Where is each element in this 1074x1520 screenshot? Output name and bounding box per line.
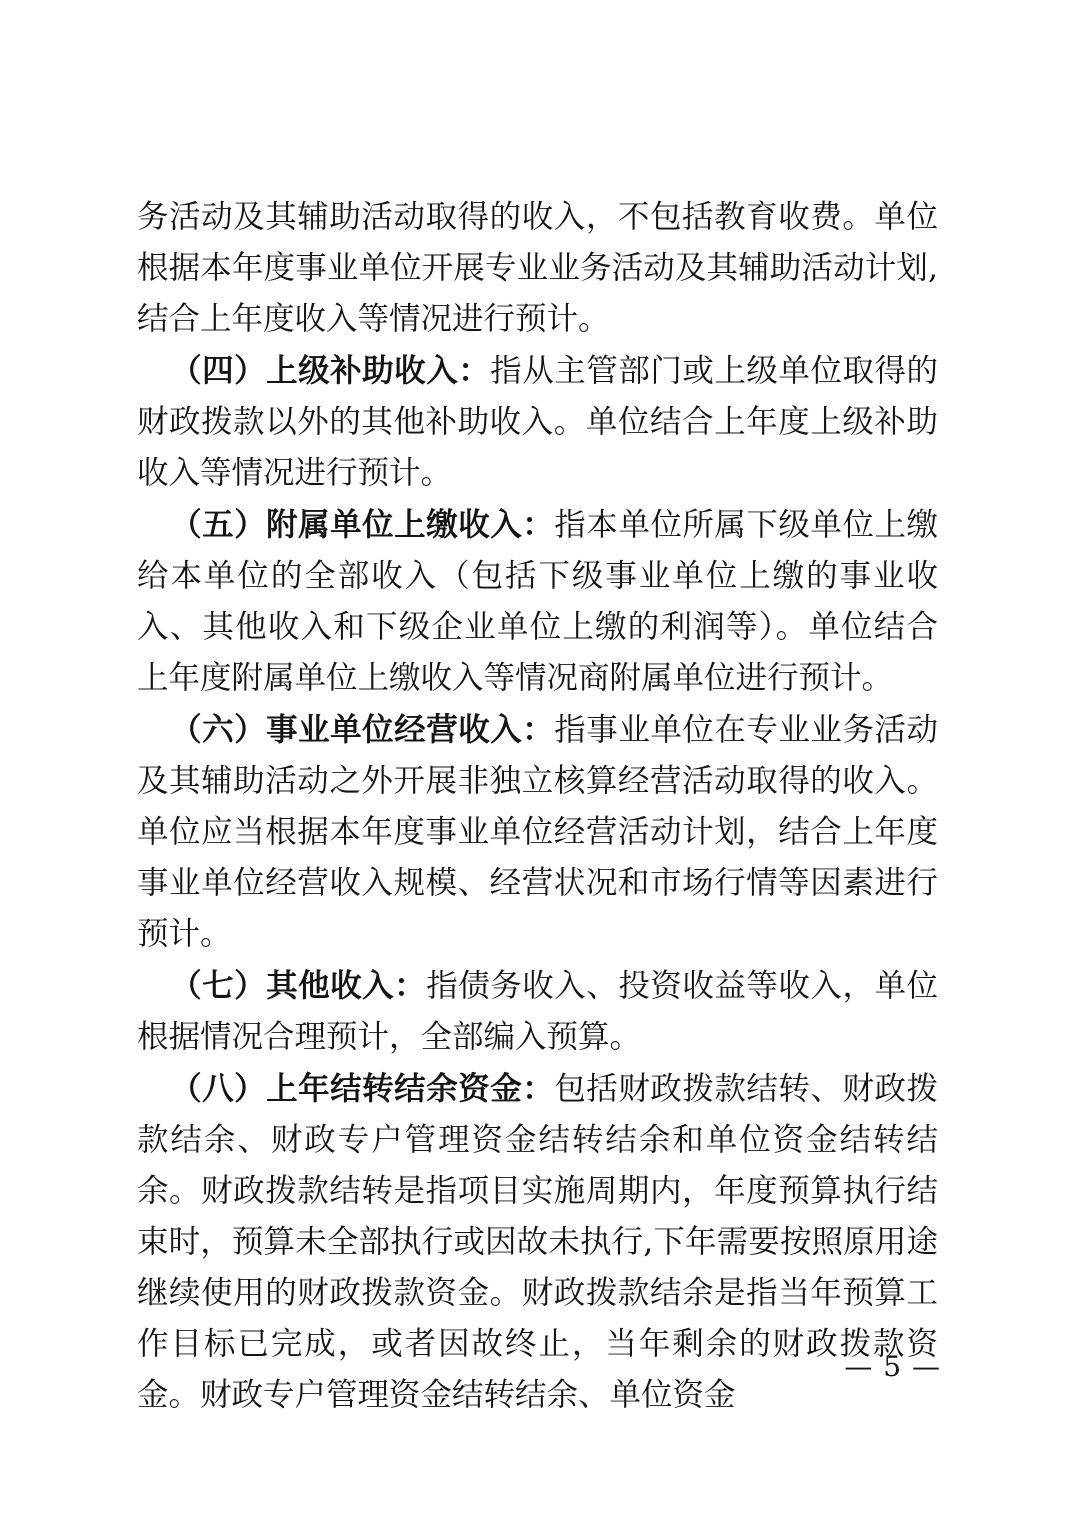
paragraph-body: 包括财政拨款结转、财政拨款结余、财政专户管理资金结转结余和单位资金结转结余。财政… bbox=[137, 1071, 938, 1413]
paragraph: （五）附属单位上缴收入：指本单位所属下级单位上缴给本单位的全部收入（包括下级事业… bbox=[137, 499, 938, 704]
paragraph-body: 务活动及其辅助活动取得的收入，不包括教育收费。单位根据本年度事业单位开展专业业务… bbox=[137, 199, 938, 337]
paragraph-heading: （六）事业单位经营收入： bbox=[170, 711, 554, 748]
paragraph: （四）上级补助收入：指从主管部门或上级单位取得的财政拨款以外的其他补助收入。单位… bbox=[137, 345, 938, 499]
paragraph: （八）上年结转结余资金：包括财政拨款结转、财政拨款结余、财政专户管理资金结转结余… bbox=[137, 1063, 938, 1421]
paragraph-heading: （八）上年结转结余资金： bbox=[170, 1070, 554, 1107]
paragraph: （六）事业单位经营收入：指事业单位在专业业务活动及其辅助活动之外开展非独立核算经… bbox=[137, 704, 938, 960]
paragraph-heading: （四）上级补助收入： bbox=[170, 352, 490, 389]
page-number: — 5 — bbox=[844, 1350, 941, 1384]
paragraph-heading: （五）附属单位上缴收入： bbox=[170, 506, 554, 543]
paragraph: 务活动及其辅助活动取得的收入，不包括教育收费。单位根据本年度事业单位开展专业业务… bbox=[137, 192, 938, 345]
paragraph: （七）其他收入：指债务收入、投资收益等收入，单位根据情况合理预计，全部编入预算。 bbox=[137, 960, 938, 1063]
document-body: 务活动及其辅助活动取得的收入，不包括教育收费。单位根据本年度事业单位开展专业业务… bbox=[137, 192, 938, 1421]
paragraph-body: 指事业单位在专业业务活动及其辅助活动之外开展非独立核算经营活动取得的收入。单位应… bbox=[137, 712, 938, 952]
paragraph-heading: （七）其他收入： bbox=[170, 967, 426, 1004]
document-page: 务活动及其辅助活动取得的收入，不包括教育收费。单位根据本年度事业单位开展专业业务… bbox=[0, 0, 1074, 1520]
